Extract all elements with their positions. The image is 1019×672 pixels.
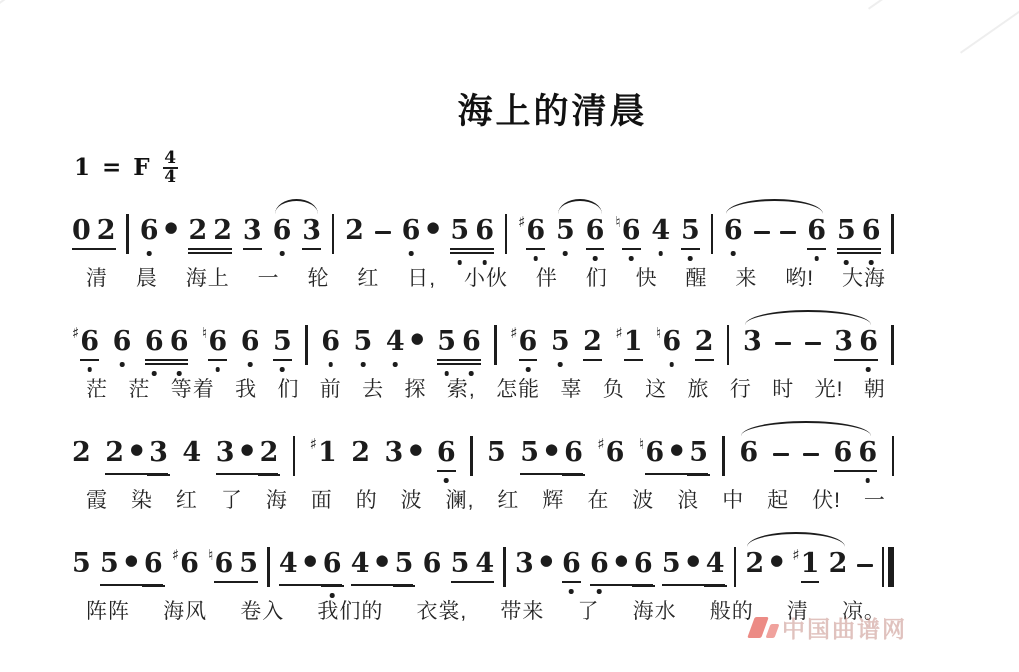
note: 2● bbox=[745, 549, 783, 582]
lyric-syllable: 衣裳, bbox=[416, 595, 467, 625]
eighth-underline bbox=[437, 470, 456, 472]
lyric-syllable: 在 bbox=[587, 484, 609, 514]
low-octave-dot bbox=[457, 260, 462, 265]
lyric-syllable: 光! bbox=[815, 373, 844, 403]
lyric-syllable: 旅 bbox=[688, 373, 710, 403]
note: ♯6 bbox=[518, 216, 545, 246]
eighth-underline bbox=[807, 248, 826, 250]
note: ♮6 bbox=[615, 216, 640, 246]
digit: 6 bbox=[145, 327, 164, 357]
note-digits: 2 bbox=[351, 438, 370, 468]
score-line: 026●2236326●56♯656♮6456656清晨海上一轮红日,小伙伴们快… bbox=[72, 196, 894, 290]
note-digits: 5 bbox=[487, 438, 506, 468]
note: 4●5 bbox=[351, 549, 414, 582]
watermark-logo-icon bbox=[751, 617, 777, 638]
eighth-underline bbox=[208, 359, 227, 361]
digit: 3 bbox=[302, 216, 321, 246]
barline-icon bbox=[267, 547, 269, 587]
note-digits: 6 bbox=[739, 438, 758, 468]
lyric-syllable: 面 bbox=[311, 484, 333, 514]
lyric-syllable: 茫 bbox=[128, 373, 150, 403]
notation-row: 026●2236326●56♯656♮6456656 bbox=[72, 196, 894, 262]
eighth-underline bbox=[279, 584, 342, 586]
lyric-syllable: 我们的 bbox=[317, 595, 383, 625]
note: 2 bbox=[695, 327, 714, 357]
lyric-syllable: 起 bbox=[767, 484, 789, 514]
augmentation-dot: ● bbox=[670, 434, 683, 464]
notation-row: 22●343●2♯123●655●6♯6♮6●5666 bbox=[72, 418, 894, 484]
digit: 6 bbox=[590, 549, 609, 579]
low-octave-dot bbox=[152, 371, 157, 376]
note-digits: 6 bbox=[273, 216, 292, 246]
digit: 6 bbox=[519, 327, 538, 357]
sheet-music-page: { "title": "海上的清晨", "key_signature": { "… bbox=[0, 0, 1019, 672]
barline-icon bbox=[734, 547, 736, 587]
digit: 4 bbox=[182, 438, 201, 468]
augmentation-dot: ● bbox=[240, 434, 253, 464]
eighth-underline bbox=[437, 359, 481, 361]
duration-dash bbox=[773, 453, 789, 456]
lyric-syllable: 染 bbox=[131, 484, 153, 514]
eighth-underline bbox=[72, 248, 116, 250]
digit: 3 bbox=[834, 327, 853, 357]
lyric-syllable: 浪 bbox=[677, 484, 699, 514]
note: 36 bbox=[834, 327, 878, 357]
low-octave-dot bbox=[526, 367, 531, 372]
note-digits: 5 bbox=[72, 549, 91, 579]
note: 5 bbox=[354, 327, 373, 357]
digit: 6 bbox=[241, 327, 260, 357]
low-octave-dot bbox=[393, 362, 398, 367]
digit: 2 bbox=[97, 216, 116, 246]
sharp-icon: ♯ bbox=[597, 437, 604, 452]
digit: 6 bbox=[739, 438, 758, 468]
note: ♯1 bbox=[310, 438, 337, 468]
low-octave-dot bbox=[280, 367, 285, 372]
eighth-underline bbox=[273, 359, 292, 361]
note-digits: 3 bbox=[743, 327, 762, 357]
note-digits: 6 bbox=[437, 438, 456, 468]
digit: 6 bbox=[526, 216, 545, 246]
score-line: ♯6666♮665654●56♯652♯1♮62336茫茫等着我们前去探索,怎能… bbox=[72, 307, 894, 401]
note-digits: 2 bbox=[345, 216, 364, 246]
note-digits: 5 bbox=[556, 216, 575, 246]
digit: 6 bbox=[144, 549, 163, 579]
note: 4● bbox=[386, 327, 424, 360]
digit: 3 bbox=[385, 438, 404, 468]
natural-icon: ♮ bbox=[208, 548, 213, 563]
lyric-syllable: 们 bbox=[586, 262, 608, 292]
score: 026●2236326●56♯656♮6456656清晨海上一轮红日,小伙伴们快… bbox=[72, 196, 894, 640]
low-octave-dot bbox=[280, 251, 285, 256]
lyric-syllable: 了 bbox=[221, 484, 243, 514]
note: 6 bbox=[437, 438, 456, 468]
lyric-syllable: 的 bbox=[356, 484, 378, 514]
eighth-underline bbox=[216, 473, 279, 475]
digit: 6 bbox=[170, 327, 189, 357]
key-line: 1 = F bbox=[74, 154, 152, 181]
lyric-syllable: 前 bbox=[320, 373, 342, 403]
lyric-syllable: 负 bbox=[603, 373, 625, 403]
digit: 6 bbox=[214, 549, 233, 579]
note-digits: 6 bbox=[180, 549, 199, 579]
barline-icon bbox=[891, 214, 893, 254]
meter-numerator: 4 bbox=[164, 152, 176, 165]
slur-arc bbox=[747, 532, 845, 547]
lyric-syllable: 等着 bbox=[171, 373, 215, 403]
digit: 4 bbox=[386, 327, 405, 357]
lyric-syllable: 澜, bbox=[446, 484, 475, 514]
low-octave-dot bbox=[444, 478, 449, 483]
lyric-syllable: 辉 bbox=[542, 484, 564, 514]
duration-dash bbox=[780, 231, 796, 234]
note-digits: 3● bbox=[515, 549, 553, 582]
note-digits: 6 bbox=[662, 327, 681, 357]
digit: 5 bbox=[239, 549, 258, 579]
note-digits: 6 bbox=[519, 327, 538, 357]
eighth-underline bbox=[624, 359, 643, 361]
eighth-underline bbox=[662, 584, 725, 586]
meter-denominator: 4 bbox=[164, 171, 176, 184]
digit: 5 bbox=[520, 438, 539, 468]
augmentation-dot: ● bbox=[426, 212, 439, 242]
lyric-syllable: 时 bbox=[772, 373, 794, 403]
barline-icon bbox=[332, 214, 334, 254]
sharp-icon: ♯ bbox=[310, 437, 317, 452]
low-octave-dot bbox=[865, 478, 870, 483]
note-digits: 56 bbox=[450, 216, 494, 246]
digit: 6 bbox=[859, 327, 878, 357]
sixteenth-underline bbox=[145, 363, 189, 365]
barline-icon bbox=[494, 325, 496, 365]
digit: 6 bbox=[807, 216, 826, 246]
note-digits: 6 bbox=[113, 327, 132, 357]
slur-arc bbox=[741, 421, 871, 436]
note: 6●6 bbox=[590, 549, 653, 582]
note: 2 bbox=[829, 549, 848, 579]
low-octave-dot bbox=[569, 589, 574, 594]
lyrics-row: 霞染红了海面的波澜,红辉在波浪中起伏!一 bbox=[72, 484, 894, 512]
lyrics-row: 清晨海上一轮红日,小伙伴们快醒来哟!大海 bbox=[72, 262, 894, 290]
eighth-underline bbox=[526, 248, 545, 250]
eighth-underline bbox=[145, 359, 189, 361]
note-digits: 4● bbox=[386, 327, 424, 360]
low-octave-dot bbox=[482, 260, 487, 265]
note-digits: 6●6 bbox=[590, 549, 653, 582]
note: 6 bbox=[739, 438, 758, 468]
note-digits: 3●2 bbox=[216, 438, 279, 471]
note: 56 bbox=[437, 327, 481, 357]
low-octave-dot bbox=[215, 367, 220, 372]
digit: 4 bbox=[651, 216, 670, 246]
lyrics-row: 茫茫等着我们前去探索,怎能辜负这旅行时光!朝 bbox=[72, 373, 894, 401]
eighth-underline bbox=[214, 581, 258, 583]
lyric-syllable: 红 bbox=[357, 262, 379, 292]
eighth-underline bbox=[105, 473, 168, 475]
note-digits: 6 bbox=[622, 216, 641, 246]
digit: 3 bbox=[243, 216, 262, 246]
digit: 2 bbox=[351, 438, 370, 468]
augmentation-dot: ● bbox=[304, 545, 317, 575]
low-octave-dot bbox=[120, 362, 125, 367]
digit: 5 bbox=[837, 216, 856, 246]
eighth-underline bbox=[834, 359, 878, 361]
note: 5●6 bbox=[100, 549, 163, 582]
digit: 6 bbox=[462, 327, 481, 357]
lyric-syllable: 我 bbox=[235, 373, 257, 403]
digit: 6 bbox=[437, 438, 456, 468]
note: ♯6 bbox=[510, 327, 537, 357]
lyric-syllable: 日, bbox=[407, 262, 436, 292]
lyric-syllable: 快 bbox=[636, 262, 658, 292]
lyric-syllable: 这 bbox=[645, 373, 667, 403]
eighth-underline bbox=[837, 248, 881, 250]
sharp-icon: ♯ bbox=[792, 548, 799, 563]
lyric-syllable: 哟! bbox=[785, 262, 814, 292]
site-watermark: 中国曲谱网 bbox=[751, 611, 907, 644]
digit: 6 bbox=[564, 438, 583, 468]
note: ♮6 bbox=[656, 327, 681, 357]
augmentation-dot: ● bbox=[409, 434, 422, 464]
digit: 5 bbox=[450, 216, 469, 246]
digit: 2 bbox=[213, 216, 232, 246]
note: ♮65 bbox=[208, 549, 258, 579]
augmentation-dot: ● bbox=[687, 545, 700, 575]
low-octave-dot bbox=[866, 367, 871, 372]
lyric-syllable: 波 bbox=[401, 484, 423, 514]
note: 4●6 bbox=[279, 549, 342, 582]
digit: 2 bbox=[745, 549, 764, 579]
lyric-syllable: 们 bbox=[277, 373, 299, 403]
song-title: 海上的清晨 bbox=[0, 84, 1019, 134]
barline-icon bbox=[503, 547, 505, 587]
note-digits: 2●3 bbox=[105, 438, 168, 471]
note: 4 bbox=[651, 216, 670, 246]
low-octave-dot bbox=[469, 371, 474, 376]
note: 3 bbox=[243, 216, 262, 246]
digit: 6 bbox=[273, 216, 292, 246]
lyric-syllable: 辜 bbox=[560, 373, 582, 403]
eighth-underline bbox=[695, 359, 714, 361]
lyric-syllable: 海风 bbox=[163, 595, 207, 625]
lyric-syllable: 海水 bbox=[633, 595, 677, 625]
note-digits: 6 bbox=[562, 549, 581, 579]
lyric-syllable: 伏! bbox=[812, 484, 841, 514]
note: 4 bbox=[182, 438, 201, 468]
note: 3● bbox=[385, 438, 423, 471]
note-digits: 66 bbox=[834, 438, 878, 468]
digit: 6 bbox=[562, 549, 581, 579]
note-digits: 6 bbox=[241, 327, 260, 357]
note-digits: 5●6 bbox=[520, 438, 583, 471]
sharp-icon: ♯ bbox=[615, 326, 622, 341]
digit: 5 bbox=[72, 549, 91, 579]
note: 5 bbox=[487, 438, 506, 468]
barline-icon bbox=[722, 436, 724, 476]
digit: 6 bbox=[113, 327, 132, 357]
digit: 5 bbox=[354, 327, 373, 357]
note-digits: 2● bbox=[745, 549, 783, 582]
duration-dash bbox=[375, 231, 391, 234]
note: 5 bbox=[551, 327, 570, 357]
augmentation-dot: ● bbox=[770, 545, 783, 575]
note: 6 bbox=[241, 327, 260, 357]
note-digits: 54 bbox=[451, 549, 495, 579]
lyric-syllable: 中 bbox=[722, 484, 744, 514]
note-digits: 5●4 bbox=[662, 549, 725, 582]
digit: 2 bbox=[829, 549, 848, 579]
lyric-syllable: 醒 bbox=[685, 262, 707, 292]
duration-dash bbox=[805, 342, 821, 345]
note: 6 bbox=[321, 327, 340, 357]
note-digits: 2 bbox=[583, 327, 602, 357]
note-digits: 6 bbox=[807, 216, 826, 246]
barline-icon bbox=[293, 436, 295, 476]
low-octave-dot bbox=[177, 371, 182, 376]
slur-arc bbox=[558, 199, 602, 214]
digit: 5 bbox=[556, 216, 575, 246]
lyric-syllable: 朝 bbox=[864, 373, 886, 403]
low-octave-dot bbox=[597, 589, 602, 594]
sixteenth-underline bbox=[437, 363, 481, 365]
digit: 3 bbox=[743, 327, 762, 357]
eighth-underline bbox=[450, 248, 494, 250]
natural-icon: ♮ bbox=[615, 215, 620, 230]
eighth-underline bbox=[681, 248, 700, 250]
note-digits: 1 bbox=[624, 327, 643, 357]
note-digits: 56 bbox=[837, 216, 881, 246]
note: 6 bbox=[423, 549, 442, 579]
augmentation-dot: ● bbox=[165, 212, 178, 242]
sharp-icon: ♯ bbox=[510, 326, 517, 341]
lyric-syllable: 清 bbox=[86, 262, 108, 292]
note-digits: 1 bbox=[801, 549, 820, 579]
digit: 6 bbox=[606, 438, 625, 468]
lyric-syllable: 晨 bbox=[136, 262, 158, 292]
lyric-syllable: 来 bbox=[735, 262, 757, 292]
natural-icon: ♮ bbox=[639, 437, 644, 452]
lyric-syllable: 阵阵 bbox=[86, 595, 130, 625]
digit: 6 bbox=[180, 549, 199, 579]
watermark-text: 中国曲谱网 bbox=[782, 611, 907, 644]
digit: 2 bbox=[345, 216, 364, 246]
note-digits: 6● bbox=[140, 216, 178, 249]
note-digits: 6 bbox=[606, 438, 625, 468]
digit: 5 bbox=[551, 327, 570, 357]
duration-dash bbox=[803, 453, 819, 456]
lyric-syllable: 般的 bbox=[710, 595, 754, 625]
note-digits: 6 bbox=[321, 327, 340, 357]
lyric-syllable: 红 bbox=[176, 484, 198, 514]
digit: 3 bbox=[216, 438, 235, 468]
eighth-underline bbox=[100, 584, 163, 586]
notation-row: ♯6666♮665654●56♯652♯1♮62336 bbox=[72, 307, 894, 373]
digit: 5 bbox=[662, 549, 681, 579]
digit: 6 bbox=[834, 438, 853, 468]
note: 6 bbox=[586, 216, 605, 246]
eighth-underline bbox=[586, 248, 605, 250]
lyric-syllable: 去 bbox=[362, 373, 384, 403]
eighth-underline bbox=[801, 581, 820, 583]
low-octave-dot bbox=[248, 362, 253, 367]
diagonal-watermark-streak bbox=[868, 0, 992, 10]
natural-icon: ♮ bbox=[656, 326, 661, 341]
digit: 6 bbox=[140, 216, 159, 246]
digit: 6 bbox=[862, 216, 881, 246]
duration-dash bbox=[754, 231, 770, 234]
low-octave-dot bbox=[533, 256, 538, 261]
digit: 6 bbox=[662, 327, 681, 357]
note: 2●3 bbox=[105, 438, 168, 471]
note: 6 bbox=[113, 327, 132, 357]
note-digits: 4●6 bbox=[279, 549, 342, 582]
note-digits: 6 bbox=[208, 327, 227, 357]
note: 02 bbox=[72, 216, 116, 246]
lyric-syllable: 了 bbox=[578, 595, 600, 625]
low-octave-dot bbox=[869, 260, 874, 265]
note-digits: 4 bbox=[182, 438, 201, 468]
diagonal-watermark-streak bbox=[960, 6, 1019, 54]
lyric-syllable: 探 bbox=[405, 373, 427, 403]
digit: 6 bbox=[475, 216, 494, 246]
low-octave-dot bbox=[563, 251, 568, 256]
sharp-icon: ♯ bbox=[518, 215, 525, 230]
slur-arc bbox=[745, 310, 871, 325]
lyric-syllable: 茫 bbox=[86, 373, 108, 403]
note: ♮6●5 bbox=[639, 438, 708, 471]
augmentation-dot: ● bbox=[411, 323, 424, 353]
digit: 0 bbox=[72, 216, 91, 246]
sharp-icon: ♯ bbox=[72, 326, 79, 341]
eighth-underline bbox=[243, 248, 262, 250]
note: 2 bbox=[345, 216, 364, 246]
low-octave-dot bbox=[444, 371, 449, 376]
note: 56 bbox=[837, 216, 881, 246]
note: 3● bbox=[515, 549, 553, 582]
eighth-underline bbox=[520, 473, 583, 475]
note-digits: 65 bbox=[214, 549, 258, 579]
barline-icon bbox=[126, 214, 128, 254]
digit: 4 bbox=[475, 549, 494, 579]
eighth-underline bbox=[834, 470, 878, 472]
barline-icon bbox=[470, 436, 472, 476]
note-digits: 1 bbox=[318, 438, 337, 468]
digit: 5 bbox=[395, 549, 414, 579]
score-line: 55●6♯6♮654●64●56543●66●65●42●♯12阵阵海风卷入我们… bbox=[72, 529, 894, 623]
diagonal-watermark-streak bbox=[0, 0, 73, 16]
lyric-syllable: 小伙 bbox=[464, 262, 508, 292]
digit: 5 bbox=[273, 327, 292, 357]
sixteenth-underline bbox=[450, 252, 494, 254]
barline-icon bbox=[892, 436, 894, 476]
digit: 5 bbox=[487, 438, 506, 468]
augmentation-dot: ● bbox=[130, 434, 143, 464]
digit: 6 bbox=[321, 327, 340, 357]
digit: 6 bbox=[402, 216, 421, 246]
lyric-syllable: 轮 bbox=[308, 262, 330, 292]
digit: 6 bbox=[634, 549, 653, 579]
note-digits: 6 bbox=[724, 216, 743, 246]
low-octave-dot bbox=[688, 256, 693, 261]
digit: 4 bbox=[706, 549, 725, 579]
note: 66 bbox=[145, 327, 189, 357]
low-octave-dot bbox=[328, 362, 333, 367]
note: 5 bbox=[681, 216, 700, 246]
sharp-icon: ♯ bbox=[172, 548, 179, 563]
note: 54 bbox=[451, 549, 495, 579]
low-octave-dot bbox=[658, 251, 663, 256]
lyric-syllable: 波 bbox=[632, 484, 654, 514]
